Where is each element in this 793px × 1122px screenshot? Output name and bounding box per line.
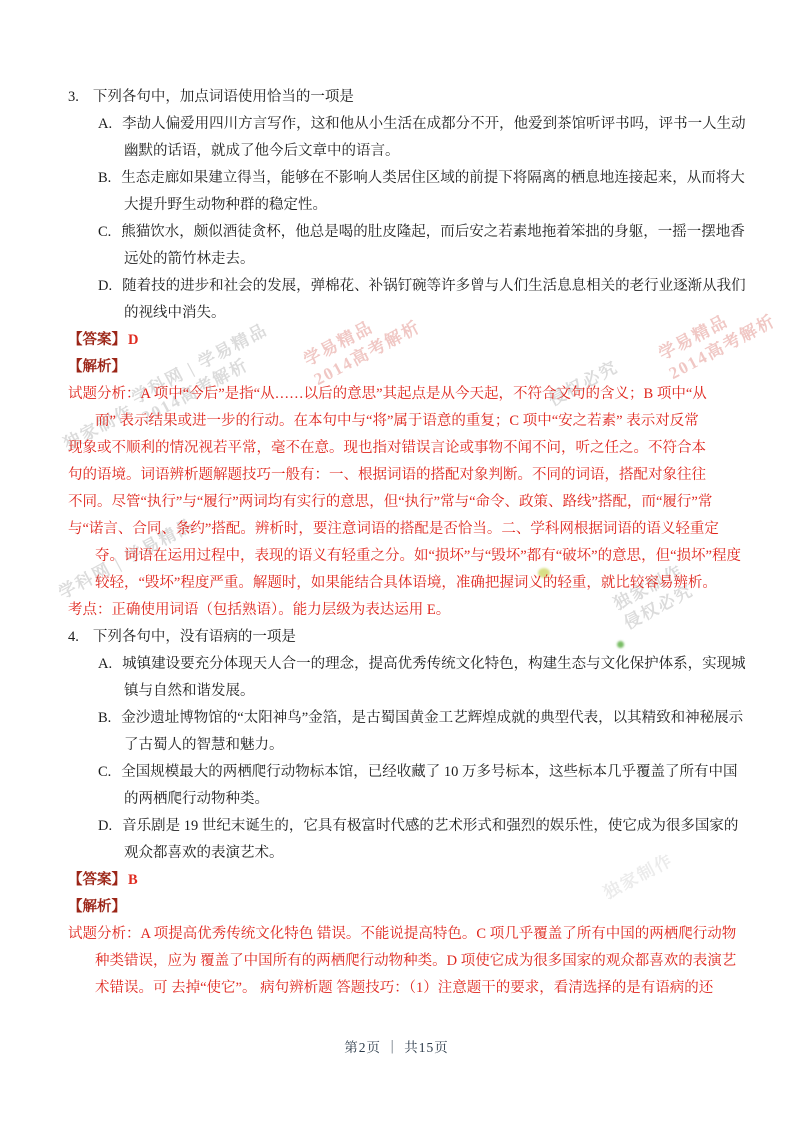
- analysis-line: 试题分析：A 项中“今后”是指“从……以后的意思”其起点是从今天起，不符合文句的…: [68, 381, 758, 408]
- question-3-title: 3.下列各句中，加点词语使用恰当的一项是: [68, 84, 758, 111]
- option-c-continuation: 的两栖爬行动物种类。: [68, 786, 758, 813]
- question-number: 3.: [68, 89, 79, 105]
- option-label: C.: [98, 224, 111, 240]
- question-4-title: 4.下列各句中，没有语病的一项是: [68, 624, 758, 651]
- option-b-continuation: 大提升野生动物种群的稳定性。: [68, 192, 758, 219]
- option-text: 随着技的进步和社会的发展，弹棉花、补锅钉碗等许多曾与人们生活息息相关的老行业逐渐…: [122, 278, 746, 294]
- answer-label: 【答案】: [68, 332, 126, 348]
- option-c: C.熊猫饮水，颇似酒徒贪杯，他总是喝的肚皮隆起，而后安之若素地拖着笨拙的身躯，一…: [68, 219, 758, 246]
- answer-row: 【答案】B: [68, 867, 758, 894]
- analysis-line: 夺。词语在运用过程中，表现的语义有轻重之分。如“损坏”与“毁坏”都有“破坏”的意…: [68, 543, 758, 570]
- answer-row: 【答案】D: [68, 327, 758, 354]
- analysis-line: 种类错误，应为 覆盖了中国所有的两栖爬行动物种类。D 项使它成为很多国家的观众都…: [68, 948, 758, 975]
- option-text: 生态走廊如果建立得当，能够在不影响人类居住区域的前提下将隔离的栖息地连接起来，从…: [121, 170, 745, 186]
- option-a: A.城镇建设要充分体现天人合一的理念，提高优秀传统文化特色，构建生态与文化保护体…: [68, 651, 758, 678]
- option-a-continuation: 幽默的话语，就成了他今后文章中的语言。: [68, 138, 758, 165]
- question-3: 3.下列各句中，加点词语使用恰当的一项是 A.李劼人偏爱用四川方言写作，这和他从…: [68, 84, 758, 624]
- option-c-continuation: 远处的箭竹林走去。: [68, 246, 758, 273]
- analysis-row: 【解析】: [68, 894, 758, 921]
- option-label: D.: [98, 278, 112, 294]
- option-text: 李劼人偏爱用四川方言写作，这和他从小生活在成都分不开，他爱到茶馆听评书吗，评书一…: [122, 116, 746, 132]
- option-b: B.金沙遗址博物馆的“太阳神鸟”金箔，是古蜀国黄金工艺辉煌成就的典型代表，以其精…: [68, 705, 758, 732]
- answer-value: B: [128, 872, 138, 888]
- analysis-line: 句的语境。词语辨析题解题技巧一般有：一、根据词语的搭配对象判断。不同的词语，搭配…: [68, 462, 758, 489]
- option-label: A.: [98, 116, 112, 132]
- analysis-label: 【解析】: [68, 359, 126, 375]
- analysis-line: 而” 表示结果或进一步的行动。在本句中与“将”属于语意的重复；C 项中“安之若素…: [68, 408, 758, 435]
- analysis-line: 不同。尽管“执行”与“履行”两词均有实行的意思，但“执行”常与“命令、政策、路线…: [68, 489, 758, 516]
- answer-label: 【答案】: [68, 872, 126, 888]
- option-label: B.: [98, 710, 111, 726]
- page-footer: 第2页 ｜ 共15页: [0, 1036, 793, 1056]
- option-d: D.音乐剧是 19 世纪末诞生的，它具有极富时代感的艺术形式和强烈的娱乐性，使它…: [68, 813, 758, 840]
- option-text: 音乐剧是 19 世纪末诞生的，它具有极富时代感的艺术形式和强烈的娱乐性，使它成为…: [122, 818, 738, 834]
- question-4: 4.下列各句中，没有语病的一项是 A.城镇建设要充分体现天人合一的理念，提高优秀…: [68, 624, 758, 1002]
- option-d-continuation: 观众都喜欢的表演艺术。: [68, 840, 758, 867]
- analysis-line: 较轻，“毁坏”程度严重。解题时，如果能结合具体语境，准确把握词义的轻重，就比较容…: [68, 570, 758, 597]
- option-label: C.: [98, 764, 111, 780]
- question-number: 4.: [68, 629, 79, 645]
- option-b-continuation: 了古蜀人的智慧和魅力。: [68, 732, 758, 759]
- analysis-line: 术错误。可 去掉“使它”。 病句辨析题 答题技巧：（1）注意题干的要求，看清选择…: [68, 975, 758, 1002]
- analysis-line: 试题分析：A 项提高优秀传统文化特色 错误。不能说提高特色。C 项几乎覆盖了所有…: [68, 921, 758, 948]
- option-text: 城镇建设要充分体现天人合一的理念，提高优秀传统文化特色，构建生态与文化保护体系，…: [122, 656, 746, 672]
- question-title-text: 下列各句中，加点词语使用恰当的一项是: [93, 89, 354, 105]
- option-label: B.: [98, 170, 111, 186]
- option-d: D.随着技的进步和社会的发展，弹棉花、补锅钉碗等许多曾与人们生活息息相关的老行业…: [68, 273, 758, 300]
- analysis-line: 与“诺言、合同、条约”搭配。辨析时，要注意词语的搭配是否恰当。二、学科网根据词语…: [68, 516, 758, 543]
- option-a-continuation: 镇与自然和谐发展。: [68, 678, 758, 705]
- option-label: A.: [98, 656, 112, 672]
- exam-point-line: 考点：正确使用词语（包括熟语）。能力层级为表达运用 E。: [68, 597, 758, 624]
- option-text: 金沙遗址博物馆的“太阳神鸟”金箔，是古蜀国黄金工艺辉煌成就的典型代表，以其精致和…: [121, 710, 743, 726]
- exam-page: 学易精品 2014高考解析 学易精品 2014高考解析 学科网 | 学易精品 2…: [0, 0, 793, 1122]
- option-d-continuation: 的视线中消失。: [68, 300, 758, 327]
- analysis-label: 【解析】: [68, 899, 126, 915]
- option-c: C.全国规模最大的两栖爬行动物标本馆，已经收藏了 10 万多号标本，这些标本几乎…: [68, 759, 758, 786]
- answer-value: D: [128, 332, 138, 348]
- option-text: 熊猫饮水，颇似酒徒贪杯，他总是喝的肚皮隆起，而后安之若素地拖着笨拙的身躯，一摇一…: [121, 224, 745, 240]
- exam-content: 3.下列各句中，加点词语使用恰当的一项是 A.李劼人偏爱用四川方言写作，这和他从…: [68, 84, 758, 1002]
- analysis-row: 【解析】: [68, 354, 758, 381]
- option-label: D.: [98, 818, 112, 834]
- option-a: A.李劼人偏爱用四川方言写作，这和他从小生活在成都分不开，他爱到茶馆听评书吗，评…: [68, 111, 758, 138]
- option-text: 全国规模最大的两栖爬行动物标本馆，已经收藏了 10 万多号标本，这些标本几乎覆盖…: [121, 764, 737, 780]
- question-title-text: 下列各句中，没有语病的一项是: [93, 629, 296, 645]
- analysis-line: 现象或不顺利的情况视若平常，毫不在意。现也指对错误言论或事物不闻不问，听之任之。…: [68, 435, 758, 462]
- option-b: B.生态走廊如果建立得当，能够在不影响人类居住区域的前提下将隔离的栖息地连接起来…: [68, 165, 758, 192]
